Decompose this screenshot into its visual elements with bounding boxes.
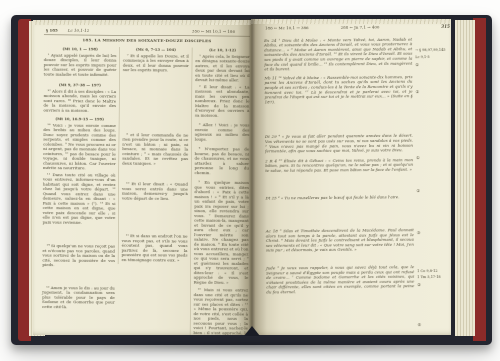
lc-paragraph-5: ⁵ En quelque maison que vous entriez, di… xyxy=(194,180,249,285)
parallel-dt25: Dt 25 ⁴ « Tu ne muselleras pas le bœuf q… xyxy=(265,195,413,201)
mt-paragraph-5: ¹⁴ Si quelqu'un ne vous reçoit pas et n'… xyxy=(42,244,115,268)
column-luke: (Lc 10, 1-12) ¹ Après cela, le Seigneur … xyxy=(190,48,251,335)
fore-edge-margin: → § 98,97,99,145 Lc 9,1-5 ① ① ① ① ③ 1 Co… xyxy=(412,30,451,298)
head-spacer xyxy=(89,32,192,33)
footnote-badge: ① xyxy=(416,90,420,94)
head-rule xyxy=(44,34,250,36)
footnote-badge: ③ xyxy=(417,231,421,235)
mc-paragraph-4: ¹¹ Et si dans un endroit l'on ne vous re… xyxy=(121,234,187,263)
lc-ref: (Lc 10, 1-12) xyxy=(195,48,249,53)
page-top-edge xyxy=(251,19,451,24)
lc-paragraph-1: ¹ Après cela, le Seigneur en désigna soi… xyxy=(195,54,250,83)
parallel-ex24: Ex 24 ¹ Dieu dit à Moïse : « Monte vers … xyxy=(264,37,412,72)
page-edges-right xyxy=(455,20,475,336)
lc-paragraph-4: ⁴ N'emportez pas de bourse, pas de besac… xyxy=(195,147,250,176)
gutter-bottom-notch xyxy=(244,326,260,336)
left-page-text: § 185 Lc 10,1-12 350 ← Mt 10,1 → 186 185… xyxy=(39,28,251,335)
lc-paragraph-6: ¹⁰ Mais si vous entrez dans une cité et … xyxy=(193,288,248,335)
mt-paragraph-1: ¹ Ayant appelé (auprès de lui) les douze… xyxy=(44,53,117,77)
left-page: § 185 Lc 10,1-12 350 ← Mt 10,1 → 186 185… xyxy=(33,20,251,335)
footnote-badge: ② xyxy=(417,283,421,287)
footnote-badge: ① xyxy=(416,156,420,160)
section-folio: § 185 xyxy=(46,28,58,33)
lc-paragraph-3: ³ Allez ! Voici : je vous envoie comme d… xyxy=(195,123,250,142)
margin-ref: 1 Tm 5,17-18 xyxy=(417,275,441,279)
mt-paragraph-2: ³⁷ Alors il dit à ses disciples : « La m… xyxy=(43,89,116,113)
mt-paragraph-4: ¹¹ Dans toute cité ou village où vous en… xyxy=(43,172,116,225)
book-shadow xyxy=(30,341,470,355)
footnote-badge: ① xyxy=(416,189,420,193)
lc-paragraph-2: ² Il leur disait : « La moisson est abon… xyxy=(195,84,250,118)
parallel-texts: Ex 24 ¹ Dieu dit à Moïse : « Monte vers … xyxy=(259,30,414,299)
mc-ref: (Mc 6, 7-13 — 104) xyxy=(123,47,189,52)
book: § 185 Lc 10,1-12 350 ← Mt 10,1 → 186 185… xyxy=(11,15,492,345)
left-running-head: § 185 Lc 10,1-12 350 ← Mt 10,1 → 186 xyxy=(41,28,251,34)
right-page-text: 186 ← Mc 10,1 → 386 288 ← Jn 7,1 → 400 3… xyxy=(259,24,451,299)
parallel-jude: Jude ⁵ Je veux vous rappeler, à vous qui… xyxy=(266,265,414,295)
right-page-body: Ex 24 ¹ Dieu dit à Moïse : « Monte vers … xyxy=(259,30,451,299)
mt-paragraph-3: ¹⁶ Voici : je vous envoie comme des breb… xyxy=(43,123,116,171)
mt-ref-2: (Mt 9, 37-38 — 197) xyxy=(44,83,117,88)
mc-paragraph-3: ¹⁰ Et il leur disait : « Quand vous sere… xyxy=(122,182,188,201)
margin-ref: 1 Co 9,8-12 xyxy=(417,269,437,273)
right-page: 186 ← Mc 10,1 → 386 288 ← Jn 7,1 → 400 3… xyxy=(251,19,451,335)
mt-paragraph-6: ¹⁵ Amen je vous le dis : au jour du Juge… xyxy=(42,285,115,309)
margin-ref: → § 98,97,99,145 xyxy=(415,48,445,53)
mt-ref-1: (Mt 10, 1 — 198) xyxy=(44,47,117,52)
footnote-badge: ① xyxy=(415,63,419,67)
margin-ref: Lc 9,1-5 xyxy=(415,55,429,59)
column-matthew: (Mt 10, 1 — 198) ¹ Ayant appelé (auprès … xyxy=(39,46,119,311)
section-title: 185. LA MISSION DES SOIXANTE-DOUZE DISCI… xyxy=(41,37,251,43)
head-spacer xyxy=(379,28,441,29)
synoptic-columns: (Mt 10, 1 — 198) ¹ Ayant appelé (auprès … xyxy=(39,46,251,335)
passage-ref: Lc 10,1-12 xyxy=(68,28,90,33)
page-top-edge xyxy=(33,20,251,25)
mc-paragraph-1: ⁷ Et il appelle les Douze, et il commenç… xyxy=(123,53,189,72)
parallel-nb11: Nb 11 ¹⁶ Yahvé dit à Moïse : « Rassemble… xyxy=(264,75,412,105)
mc-paragraph-2: ⁸ et il leur commanda de ne rien prendre… xyxy=(122,132,188,166)
parallel-ac18: Ac 18 ⁵ Silas et Timothée descendirent d… xyxy=(266,228,414,253)
continuation-ref: 350 ← Mt 10,1 → 186 xyxy=(192,29,235,34)
parallel-2r4: 2 R 4 ²⁹ Élisée dit à Géhazi : « Ceins t… xyxy=(265,158,413,174)
column-mark: (Mc 6, 7-13 — 104) ⁷ Et il appelle les D… xyxy=(118,47,192,265)
parallel-dt29: Dt 29 ⁴ « Je vous ai fait aller pendant … xyxy=(265,133,413,153)
footnote-badge: ⑤ xyxy=(418,323,422,327)
photo-background: § 185 Lc 10,1-12 350 ← Mt 10,1 → 186 185… xyxy=(0,0,500,361)
mt-ref-3: (Mt 10, 16.9-15 — 199) xyxy=(43,117,116,122)
